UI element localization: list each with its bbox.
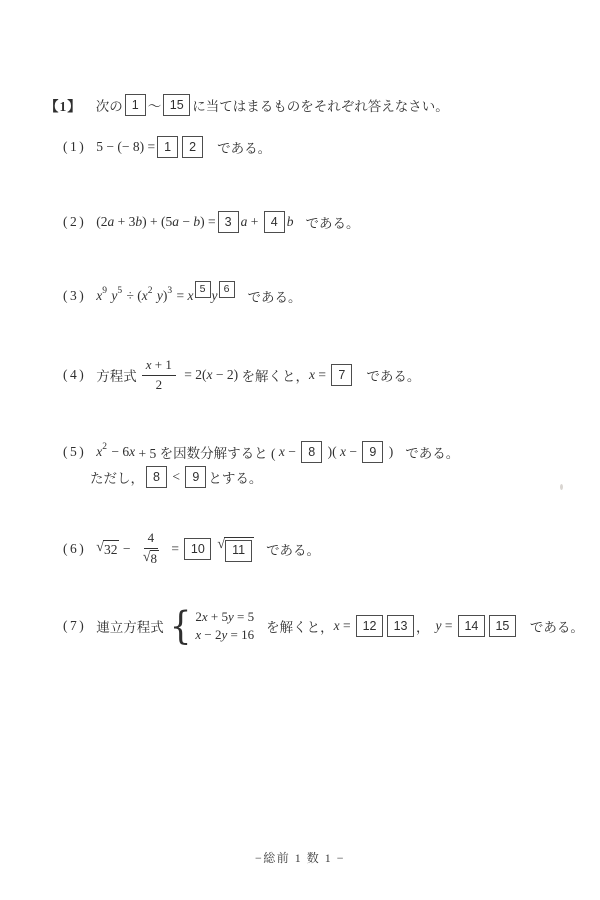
answer-box-4: 4 <box>264 211 285 233</box>
math-segment: = 5 <box>234 608 254 626</box>
answer-box-8-ref: 8 <box>146 466 167 488</box>
equals-sign: = <box>168 541 182 557</box>
answer-box-range-start: 1 <box>125 94 146 116</box>
problem-5-label: (5) <box>63 444 86 460</box>
math-expression: 5 − (− 8) = <box>96 139 155 155</box>
problem-4-label: (4) <box>63 367 86 383</box>
comma: ， <box>416 616 430 636</box>
variable-a: a <box>108 214 115 230</box>
fraction-denominator: 2 <box>152 376 167 393</box>
heading-text-before: 次の <box>96 95 123 115</box>
problem-7: (7) 連立方程式 { 2x + 5y = 5 x − 2y = 16 を解くと… <box>63 605 584 647</box>
problem-7-label: (7) <box>63 618 86 634</box>
problem-6-label: (6) <box>63 541 86 557</box>
variable-b: b <box>135 214 142 230</box>
math-segment: ) <box>385 444 393 460</box>
problem-1: (1) 5 − (− 8) = 1 2 である。 <box>63 136 271 158</box>
fraction-numerator: x + 1 <box>142 357 176 375</box>
answer-box-3: 3 <box>218 211 239 233</box>
answer-box-1: 1 <box>157 136 178 158</box>
answer-box-13: 13 <box>387 615 414 637</box>
answer-box-range-end: 15 <box>163 94 190 116</box>
problem-4: (4) 方程式 x + 1 2 = 2(x − 2) を解くと， x = 7 で… <box>63 354 420 396</box>
dearu-text: である。 <box>248 286 302 306</box>
page-footer: −総前 1 数 1 − <box>0 849 600 866</box>
answer-box-9-ref: 9 <box>185 466 206 488</box>
answer-box-14: 14 <box>458 615 485 637</box>
houteishiki-text: 方程式 <box>96 365 137 385</box>
variable-y: y <box>108 288 117 304</box>
radical-box-11: √11 <box>217 537 254 562</box>
variable-b: b <box>193 214 200 230</box>
fraction: x + 1 2 <box>142 357 176 393</box>
equation-system: 2x + 5y = 5 x − 2y = 16 <box>195 608 254 643</box>
answer-box-9: 9 <box>362 441 383 463</box>
equals-sign: = <box>340 618 354 634</box>
problem-3: (3) x9 y5 ÷ (x2 y)3 = x5y6 である。 <box>63 286 302 306</box>
math-segment: ÷ ( <box>123 288 142 304</box>
renritsu-text: 連立方程式 <box>96 616 164 636</box>
less-than-sign: < <box>169 469 183 485</box>
math-segment: + 1 <box>152 357 172 373</box>
math-segment: = <box>315 367 329 383</box>
math-segment: − <box>179 214 193 230</box>
variable-a: a <box>241 214 248 230</box>
math-segment: − 2) <box>212 367 241 383</box>
variable-y: y <box>154 288 163 304</box>
dearu-text: である。 <box>530 616 584 636</box>
math-segment: + <box>247 214 261 230</box>
problem-2-label: (2) <box>63 214 86 230</box>
problem-2: (2) (2a + 3b) + (5a − b) = 3a + 4b である。 <box>63 211 359 233</box>
math-segment: − 2 <box>201 626 221 644</box>
answer-box-2: 2 <box>182 136 203 158</box>
math-segment: + 5 <box>208 608 228 626</box>
dearu-text: である。 <box>366 365 420 385</box>
answer-box-12: 12 <box>356 615 383 637</box>
dearu-text: である。 <box>217 137 271 157</box>
variable-b: b <box>287 214 294 230</box>
radicand-box: 11 <box>224 537 254 562</box>
math-segment: ) = <box>200 214 215 230</box>
exam-page: 【1】 次の 1 ～ 15 に当てはまるものをそれぞれ答えなさい。 (1) 5 … <box>0 0 600 900</box>
exponent-5: 5 <box>117 286 122 296</box>
answer-box-5: 5 <box>195 281 211 298</box>
section-number: 【1】 <box>45 95 82 115</box>
math-segment: − 6 <box>108 444 129 460</box>
problem-1-label: (1) <box>63 139 86 155</box>
math-segment: − <box>285 444 299 460</box>
math-segment: )( <box>324 444 340 460</box>
radical-32: √32 <box>96 540 119 559</box>
exponent-2: 2 <box>102 442 107 452</box>
fraction-denominator: √8 <box>139 549 163 568</box>
exponent-9: 9 <box>102 286 107 296</box>
minus-sign: − <box>119 541 133 557</box>
scan-artifact <box>560 484 563 490</box>
variable-a: a <box>172 214 179 230</box>
dearu-text: である。 <box>305 212 359 232</box>
tokuto-text: を解くと， <box>241 365 309 385</box>
system-brace: { <box>170 607 192 645</box>
tadashi-text: ただし， <box>90 467 144 487</box>
equation-1: 2x + 5y = 5 <box>195 608 254 626</box>
tokuto-text: を解くと， <box>266 616 334 636</box>
problem-3-label: (3) <box>63 288 86 304</box>
math-segment: − <box>346 444 360 460</box>
math-segment: = <box>173 288 187 304</box>
answer-box-8: 8 <box>301 441 322 463</box>
answer-box-15: 15 <box>489 615 516 637</box>
math-segment: + 3 <box>114 214 135 230</box>
problem-5-line-1: (5) x2 − 6x + 5 を因数分解すると ( x − 8 )( x − … <box>63 441 459 463</box>
tosuru-text: とする。 <box>208 467 262 487</box>
answer-box-11: 11 <box>225 540 252 562</box>
answer-box-7: 7 <box>331 364 352 386</box>
problem-6: (6) √32 − 4 √8 = 10 √11 である。 <box>63 527 320 571</box>
equation-2: x − 2y = 16 <box>195 626 254 644</box>
math-segment: + 5 を因数分解すると ( <box>135 442 279 462</box>
fraction-numerator: 4 <box>144 530 159 548</box>
math-segment: (2 <box>96 214 107 230</box>
exponent-3: 3 <box>167 286 172 296</box>
problem-5-line-2: ただし， 8 < 9 とする。 <box>90 466 262 488</box>
fraction: 4 √8 <box>139 530 163 567</box>
math-segment: = 16 <box>227 626 254 644</box>
equals-sign: = <box>442 618 456 634</box>
radical-8: √8 <box>143 550 159 568</box>
answer-box-10: 10 <box>184 538 211 560</box>
tilde: ～ <box>148 95 162 115</box>
variable-x: x <box>188 288 194 304</box>
variable-y: y <box>212 288 218 304</box>
heading-text-after: に当てはまるものをそれぞれ答えなさい。 <box>192 95 449 115</box>
radicand: 32 <box>103 540 120 559</box>
math-segment: = 2( <box>181 367 207 383</box>
section-heading: 【1】 次の 1 ～ 15 に当てはまるものをそれぞれ答えなさい。 <box>45 94 449 116</box>
answer-box-6: 6 <box>219 281 235 298</box>
radicand: 8 <box>150 550 160 568</box>
math-segment: ) + (5 <box>142 214 172 230</box>
dearu-text: である。 <box>405 442 459 462</box>
dearu-text: である。 <box>266 539 320 559</box>
exponent-2: 2 <box>148 286 153 296</box>
